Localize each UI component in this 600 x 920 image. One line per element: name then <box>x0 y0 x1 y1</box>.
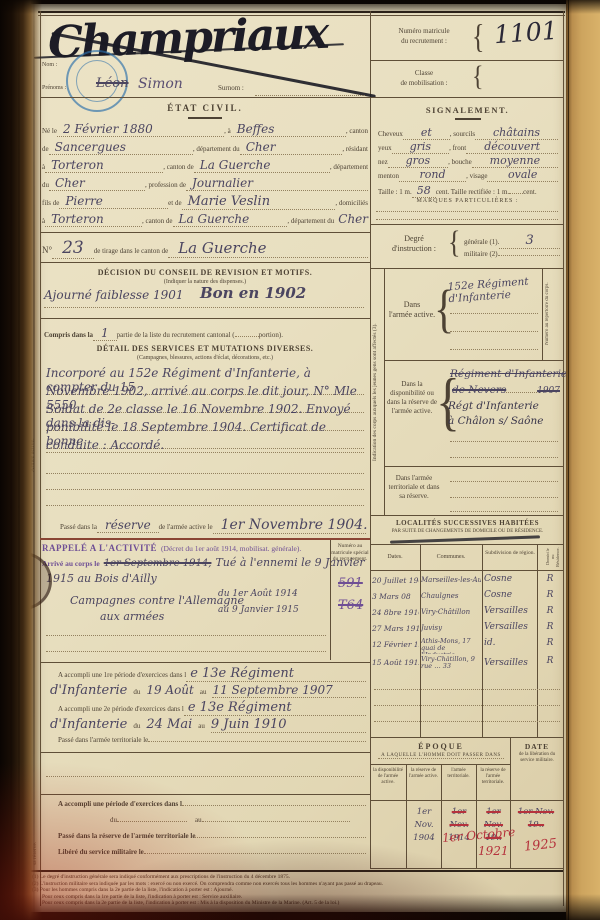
etat-civil-title: ÉTAT CIVIL. <box>42 103 368 113</box>
bottom-line-2: du au <box>110 816 350 824</box>
reserve-word: réserve <box>97 518 159 533</box>
classe-brace: { <box>472 61 484 93</box>
binding-crease-1 <box>10 0 12 920</box>
compris-line: Compris dans la 1 partie de la liste du … <box>44 326 366 341</box>
loc-blank-3 <box>374 720 560 722</box>
territoriale-side-label: Dans l'armée territoriale et dans sa rés… <box>26 790 38 865</box>
bouche-value: moyenne <box>472 154 558 168</box>
decision-blank-line <box>44 306 364 308</box>
loc-row-1-commune: Chaulgnes <box>421 592 481 600</box>
departement-residence: Cher <box>49 176 145 191</box>
loc-row-5-commune: Viry-Châtillon, 9 rue … 33 <box>421 656 481 670</box>
epoque-head-bottom <box>370 800 563 801</box>
loc-row-2-subdiv: Versailles <box>484 606 536 616</box>
rappel-arrive-date-crossed: 1er Septembre 1914, <box>100 558 216 569</box>
etat-civil-title-underline <box>188 117 222 119</box>
marques-blank-1 <box>376 210 558 212</box>
epoque-red-correction-2: 1921 <box>478 844 509 858</box>
corps-terr-blank-3 <box>450 510 558 512</box>
periode-2-to: 9 Juin 1910 <box>211 717 366 733</box>
services-blank-2 <box>46 488 364 490</box>
loc-row-1-subdiv: Cosne <box>484 590 536 600</box>
binding-crease-3 <box>33 0 35 920</box>
classe-label: Classe de mobilisation : <box>378 68 470 88</box>
sourcils-value: châtains <box>475 126 558 140</box>
corps-divider-1 <box>384 360 563 361</box>
header-bottom-rule <box>40 97 370 98</box>
parents-canton: La Guerche <box>173 212 288 227</box>
rappel-title-line: RAPPELÉ A L'ACTIVITÉ (Décret du 1er août… <box>42 543 328 553</box>
localites-header-bottom <box>370 570 563 571</box>
corps-dispo-label: Dans la disponibilité ou dans la réserve… <box>386 380 438 416</box>
corps-dispo-value-3: Régt d'Infanterie <box>448 400 539 412</box>
signalement-line-4: menton rond , visage ovale <box>378 168 558 182</box>
right-form-border <box>563 11 564 906</box>
facing-page-edge <box>566 0 600 920</box>
epoque-subtitle: A LAQUELLE L'HOMME DOIT PASSER DANS <box>378 753 504 759</box>
tirage-line: N° 23 de tirage dans le canton de La Gue… <box>42 238 368 259</box>
periode-1-line-2: d'Infanterie du 19 Août au 11 Septembre … <box>50 683 366 698</box>
rappel-blank-1 <box>46 634 326 636</box>
signalement-line-1: Cheveux et , sourcils châtains <box>378 126 558 140</box>
loc-row-0-subdiv: Cosne <box>484 574 536 584</box>
signalement-bottom-rule <box>370 224 563 225</box>
epoque-date-sub: de la libération du service militaire. <box>513 752 561 764</box>
signalement-line-3: nez gros , bouche moyenne <box>378 154 558 168</box>
cheveux-value: et <box>403 126 450 140</box>
corps-right-divider <box>542 268 543 360</box>
scanned-register-photo: Champriaux Nom : Prénoms : Léon Simon Su… <box>0 0 600 920</box>
loc-row-1-date: 3 Mars 08 <box>372 592 419 601</box>
nom-label: Nom : <box>42 62 57 68</box>
loc-row-5-subdiv: Versailles <box>484 658 536 668</box>
surnom-blank <box>255 94 365 96</box>
epoque-col4-head: la réserve de l'armée territoriale. <box>477 768 509 786</box>
epoque-date-title: DATE <box>511 742 563 751</box>
localites-col-date: Dates. <box>371 554 419 560</box>
marques-blank-2 <box>376 218 558 220</box>
epoque-col3-head: l'armée territoriale. <box>442 768 475 780</box>
campagnes-line-2: aux armées <box>100 610 164 623</box>
column-divider <box>370 11 371 868</box>
etat-civil-bottom-rule <box>40 232 370 233</box>
menton-value: rond <box>399 168 466 182</box>
etat-civil-line-6: à Torteron , canton de La Guerche , dépa… <box>42 212 368 227</box>
epoque-bottom-rule <box>370 868 563 869</box>
bottom-line-1: A accompli une période d'exercices dans … <box>58 800 366 808</box>
localites-header-top <box>370 544 563 545</box>
etat-civil-line-1: Né le 2 Février 1880 , à Beffes , canton <box>42 122 368 137</box>
yeux-value: gris <box>392 140 449 154</box>
localites-title-2: PAR SUITE DE CHANGEMENTS DE DOMICILE OU … <box>372 529 563 534</box>
rappel-col-header: Numéro au matricule spécial du recruteme… <box>331 543 369 563</box>
signalement-line-2: yeux gris , front découvert <box>378 140 558 154</box>
reserve-line: Passé dans la réserve de l'armée active … <box>60 517 366 534</box>
epoque-liberation: 1er Nov. 19.. <box>512 806 560 832</box>
surnom-label: Surnom : <box>218 84 244 92</box>
localites-bottom-rule <box>370 737 563 738</box>
facing-page-edge-line <box>568 0 569 920</box>
corps-terr-blank-1 <box>450 480 558 482</box>
localites-col-subdiv: Subdivision de région. <box>484 550 536 557</box>
corps-dispo-value-1: Régiment d'Infanterie <box>450 368 567 380</box>
corps-right-caption: Numéro au répertoire du corps. <box>545 274 555 354</box>
rappel-bottom-rule <box>40 662 370 663</box>
instruction-militaire-line: militaire (2). <box>464 250 560 258</box>
loc-row-4-subdiv: id. <box>484 638 536 648</box>
marques-label: MARQUES PARTICULIÈRES : <box>372 198 563 204</box>
periode-1-to: 11 Septembre 1907 <box>212 683 366 698</box>
corps-dispo-value-4: à Châlon s/ Saône <box>448 415 543 427</box>
compris-part: 1 <box>93 326 117 341</box>
matricule-label: Numéro matricule du recrutement : <box>378 26 470 46</box>
etat-civil-line-2: de Sancergues , département du Cher , ré… <box>42 140 368 155</box>
periode-1-line-1: A accompli une 1re période d'exercices d… <box>58 666 366 682</box>
instruction-label: Degré d'instruction : <box>382 234 446 254</box>
matricule-divider <box>370 60 563 61</box>
profession: Journalier <box>186 176 368 191</box>
instruction-brace: { <box>448 225 460 261</box>
rappel-top-rule <box>40 538 370 540</box>
reserve-date: 1er Novembre 1904. <box>213 517 366 534</box>
periode-2-from: 24 Mai <box>146 717 192 732</box>
corps-active-blank-1 <box>450 312 538 314</box>
loc-row-2-commune: Viry-Châtillon <box>421 608 481 616</box>
mother-name: Marie Veslin <box>182 194 336 210</box>
services-blank-3 <box>46 504 364 506</box>
campagnes-date-2: au 9 Janvier 1915 <box>218 605 299 615</box>
corps-active-blank-3 <box>450 348 538 350</box>
instruction-generale-value: 3 <box>499 233 560 249</box>
rappel-blank-2 <box>46 650 326 652</box>
corps-divider-2 <box>384 466 563 467</box>
territoriale-blank <box>148 741 366 742</box>
prenoms-label: Prénoms : <box>42 85 66 91</box>
prenom-crossed: Léon <box>96 76 129 91</box>
corps-left-caption: Indication des corps auxquels les jeunes… <box>372 272 382 512</box>
services-subtitle: (Campagnes, blessures, actions d'éclat, … <box>42 355 368 361</box>
parents-departement: Cher <box>334 212 368 226</box>
mid-blank-line <box>46 775 364 777</box>
loc-row-4-commune: Athis-Mons, 17 quai de l'Industrie <box>421 638 481 654</box>
matricule-brace: { <box>472 18 484 57</box>
corps-active-blank-2 <box>450 330 538 332</box>
left-form-border <box>40 11 41 906</box>
bottom-block-top-rule <box>40 794 370 795</box>
bottom-line-4: Libéré du service militaire le <box>58 848 366 856</box>
signalement-underline <box>455 118 481 120</box>
loc-row-0-dr: R <box>538 574 562 584</box>
services-hw-line-5: conduite : Accordé. <box>46 438 364 453</box>
epoque-date-divider <box>510 737 511 868</box>
front-value: découvert <box>466 140 558 154</box>
instruction-generale-line: générale (1). 3 <box>464 233 560 249</box>
rappel-num-2: T64 <box>338 598 363 613</box>
birthdate: 2 Février 1880 <box>57 122 224 137</box>
nez-value: gros <box>388 154 448 168</box>
loc-row-3-subdiv: Versailles <box>484 622 536 632</box>
visage-value: ovale <box>487 168 558 182</box>
campagnes-date-1: du 1er Août 1914 <box>218 589 298 599</box>
periode-1-from: 19 Août <box>146 683 194 697</box>
tirage-canton: La Guerche <box>168 239 368 258</box>
loc-row-2-dr: R <box>538 606 562 616</box>
etat-civil-line-3: à Torteron , canton de La Guerche , dépa… <box>42 158 368 173</box>
etat-civil-line-5: fils de Pierre et de Marie Veslin , domi… <box>42 194 368 210</box>
decision-title: DÉCISION DU CONSEIL DE REVISION ET MOTIF… <box>42 268 368 277</box>
binding-crease-2 <box>18 0 20 920</box>
epoque-reserve-active: 1er Nov. 1904 <box>406 806 442 845</box>
departement-naissance: Cher <box>240 140 343 155</box>
corps-left-divider <box>384 268 385 515</box>
loc-row-0-date: 20 Juillet 1907 <box>372 576 419 585</box>
tirage-number: 23 <box>52 238 94 259</box>
decision-hw-1: Ajourné faiblesse 1901 <box>44 288 184 302</box>
corps-terr-blank-2 <box>450 496 558 498</box>
epoque-col1-head: la disponibilité de l'armée active. <box>371 768 405 786</box>
localites-col-commune: Communes. <box>421 554 481 560</box>
services-title: DÉTAIL DES SERVICES ET MUTATIONS DIVERSE… <box>42 344 368 353</box>
prenom-value: Simon <box>138 76 183 92</box>
matricule-value: 1101 <box>493 16 558 49</box>
corps-active-label: Dans l'armée active. <box>388 300 436 320</box>
loc-row-2-date: 24 8bre 1910 <box>372 608 419 617</box>
localites-col-dr: Domicile ou Résidence. <box>545 546 555 568</box>
bottom-line-3: Passé dans la réserve de l'armée territo… <box>58 832 366 840</box>
epoque-subhead-rule <box>370 764 510 765</box>
taille-value: 58 <box>412 184 436 198</box>
rappel-arrive-line: Arrivé au corps le 1er Septembre 1914, T… <box>42 556 328 569</box>
loc-row-3-date: 27 Mars 1911 <box>372 624 419 633</box>
periode-1-regiment: e 13e Régiment <box>186 666 366 682</box>
rappel-tue-2: 1915 au Bois d'Ailly <box>46 572 157 585</box>
canton-residence: La Guerche <box>194 158 330 173</box>
periodes-bottom-rule <box>40 752 370 753</box>
loc-row-3-dr: R <box>538 622 562 632</box>
decision-hw-2: Bon en 1902 <box>200 284 306 302</box>
corps-dispo-line-2: de Nevers 1907 <box>452 384 560 396</box>
loc-row-4-date: 12 Février 1912 <box>372 640 419 649</box>
signalement-title: SIGNALEMENT. <box>372 105 563 115</box>
corps-dispo-blank-2 <box>450 456 558 458</box>
periode-2-line-2: d'Infanterie du 24 Mai au 9 Juin 1910 <box>50 717 366 733</box>
loc-blank-1 <box>374 688 560 690</box>
services-blank-1 <box>46 472 364 474</box>
loc-row-0-commune: Marseilles-les-Aubigny <box>421 576 481 584</box>
footnotes: (1) Le degré d'instruction générale sera… <box>32 874 560 907</box>
loc-row-4-dr: R <box>538 638 562 648</box>
periode-2-regiment: e 13e Régiment <box>184 700 366 716</box>
periode-2-line-1: A accompli une 2e période d'exercices da… <box>58 700 366 716</box>
signalement-taille-line: Taille : 1 m. 58 cent. Taille rectifiée … <box>378 184 558 198</box>
parents-commune: Torteron <box>45 212 142 227</box>
birthplace: Beffes <box>231 122 346 137</box>
loc-row-3-commune: Juvisy <box>421 624 481 632</box>
classe-bottom-rule <box>370 97 563 98</box>
residence: Torteron <box>45 158 163 173</box>
etat-civil-line-4: du Cher , profession de Journalier <box>42 176 368 191</box>
rappel-num-1: 591 <box>338 576 363 591</box>
tirage-bottom-rule <box>40 262 370 263</box>
localites-title-1: LOCALITÉS SUCCESSIVES HABITÉES <box>372 519 563 527</box>
localites-col-2 <box>482 544 483 737</box>
epoque-title: ÉPOQUE <box>372 742 510 751</box>
corps-bottom-rule <box>370 515 563 516</box>
loc-row-5-date: 15 Août 1912 <box>372 658 419 667</box>
father-name: Pierre <box>59 194 168 209</box>
decision-bottom-rule <box>40 318 370 319</box>
dispo-side-label: Dans la disponibilité ou dans la réserve… <box>26 560 38 690</box>
epoque-col2-head: la réserve de l'armée active. <box>407 768 440 780</box>
territoriale-line: Passé dans l'armée territoriale le <box>58 736 366 744</box>
corps-terr-label: Dans l'armée territoriale et dans sa rés… <box>386 474 442 501</box>
loc-blank-2 <box>374 704 560 706</box>
instruction-bottom-rule <box>370 268 563 269</box>
loc-row-5-dr: R <box>538 656 562 666</box>
footnotes-top-rule <box>28 870 563 872</box>
footnote-5: Pour ceux compris dans la 2e partie de l… <box>32 900 560 907</box>
canton-naissance: Sancergues <box>49 140 193 155</box>
corps-dispo-blank-1 <box>450 440 558 442</box>
loc-row-1-dr: R <box>538 590 562 600</box>
